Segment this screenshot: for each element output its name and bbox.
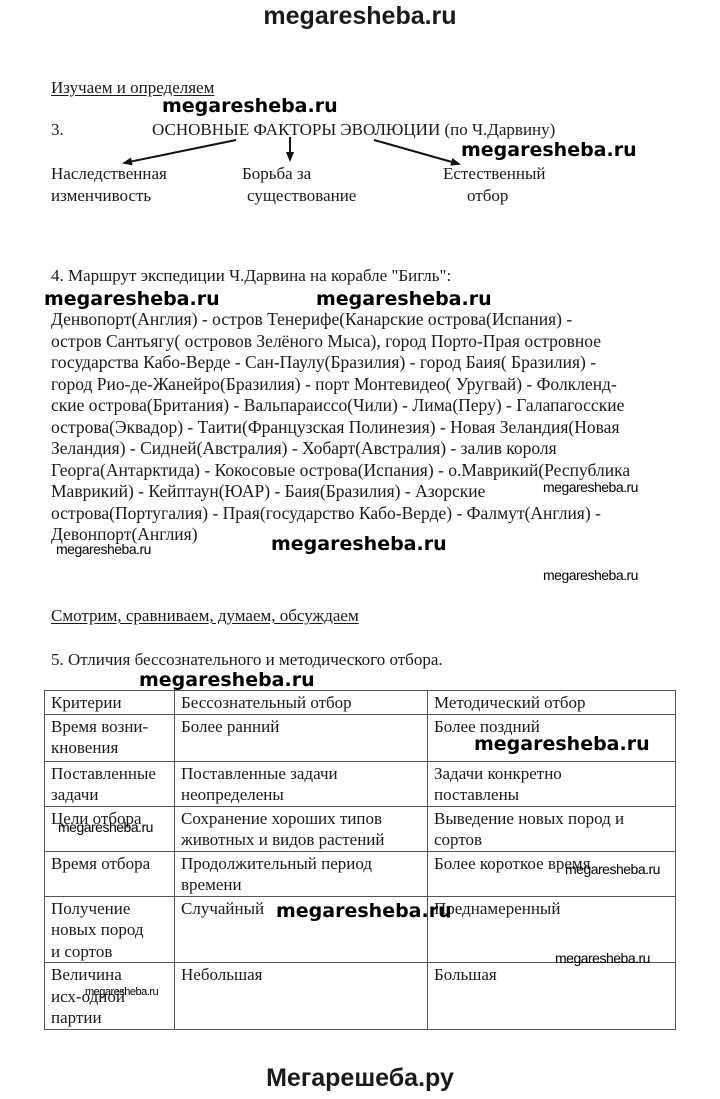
watermark: megaresheba.ru (565, 861, 660, 877)
table-cell: Получение новых пород и сортов (45, 896, 175, 963)
watermark: megaresheba.ru (139, 669, 315, 691)
darwin-route-text: Денвопорт(Англия) - остров Тенерифе(Кана… (51, 309, 681, 546)
watermark: megaresheba.ru (271, 533, 447, 555)
watermark: megaresheba.ru (316, 288, 492, 310)
table-cell: Поставленные задачи (45, 761, 175, 806)
watermark: megaresheba.ru (543, 479, 638, 495)
watermark: megaresheba.ru (543, 567, 638, 583)
table-header-cell: Бессознательный отбор (175, 691, 428, 715)
watermark: megaresheba.ru (56, 541, 151, 557)
table-cell: Сохранение хороших типов животных и видо… (175, 806, 428, 851)
task4-title: 4. Маршрут экспедиции Ч.Дарвина на кораб… (51, 266, 451, 286)
watermark: megaresheba.ru (162, 95, 338, 117)
table-cell: Поставленные задачи неопределены (175, 761, 428, 806)
table-header-row: Критерии Бессознательный отбор Методичес… (45, 691, 676, 715)
table-cell: Время возни- кновения (45, 714, 175, 761)
factor-heredity: Наследственная изменчивость (51, 163, 167, 207)
watermark: megaresheba.ru (555, 950, 650, 966)
table-cell: Выведение новых пород и сортов (428, 806, 676, 851)
watermark: megaresheba.ru (474, 733, 650, 755)
table-cell: Небольшая (175, 963, 428, 1030)
watermark: megaresheba.ru (44, 288, 220, 310)
site-footer-watermark: Мегарешеба.ру (0, 1064, 720, 1093)
arrow-right (374, 140, 459, 164)
table-cell: Продолжительный период времени (175, 851, 428, 896)
table-cell: Более ранний (175, 714, 428, 761)
watermark: megaresheba.ru (461, 139, 637, 161)
table-cell: Время отбора (45, 851, 175, 896)
table-cell: Большая (428, 963, 676, 1030)
table-row: Поставленные задачи Поставленные задачи … (45, 761, 676, 806)
watermark: megaresheba.ru (276, 900, 452, 922)
table-header-cell: Методический отбор (428, 691, 676, 715)
table-header-cell: Критерии (45, 691, 175, 715)
watermark: megaresheba.ru (58, 819, 153, 835)
factor-struggle: Борьба за существование (242, 163, 356, 207)
factor-natural-selection: Естественный отбор (443, 163, 546, 207)
section-heading-compare: Смотрим, сравниваем, думаем, обсуждаем (51, 606, 359, 626)
arrow-left (124, 140, 236, 163)
table-cell: Задачи конкретно поставлены (428, 761, 676, 806)
task5-title: 5. Отличия бессознательного и методическ… (51, 650, 443, 670)
watermark: megaresheba.ru (85, 986, 158, 998)
